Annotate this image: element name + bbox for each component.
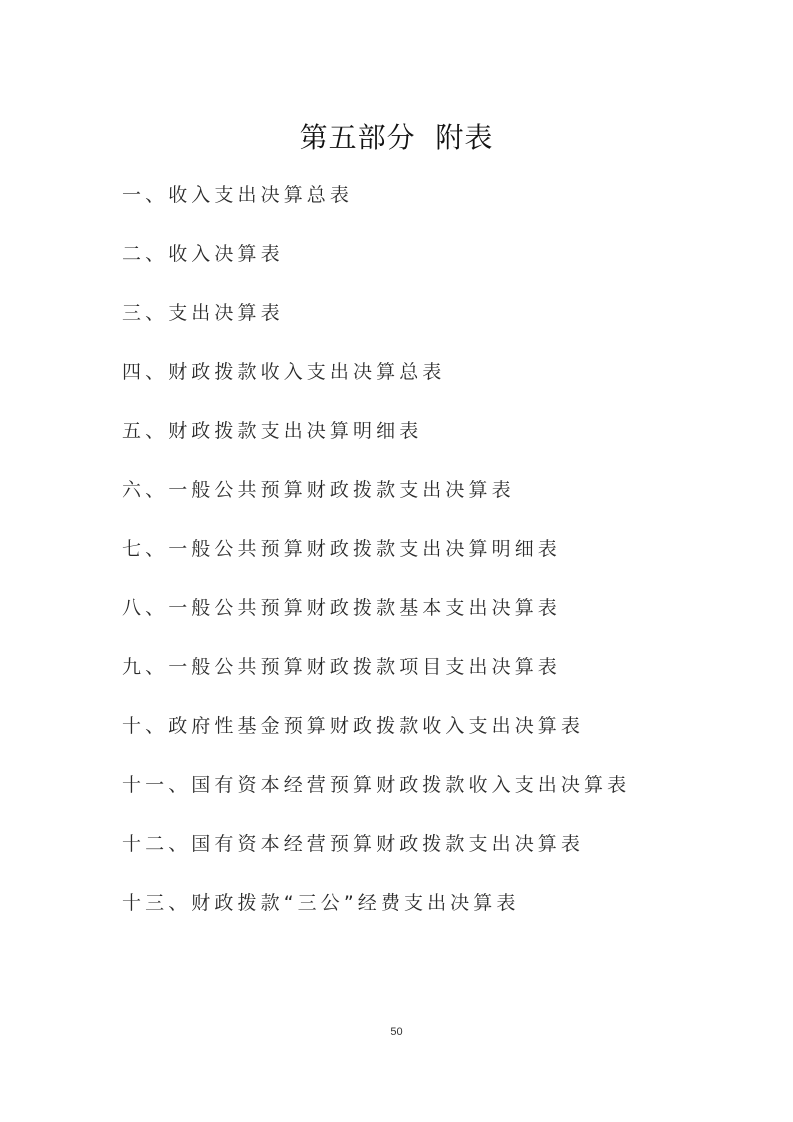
- list-item: 十三、财政拨款“三公”经费支出决算表: [122, 889, 630, 948]
- list-item: 六、一般公共预算财政拨款支出决算表: [122, 476, 630, 535]
- section-title: 第五部分 附表: [0, 118, 793, 158]
- appendix-table-list: 一、收入支出决算总表 二、收入决算表 三、支出决算表 四、财政拨款收入支出决算总…: [122, 181, 630, 948]
- list-item: 三、支出决算表: [122, 299, 630, 358]
- list-item: 九、一般公共预算财政拨款项目支出决算表: [122, 653, 630, 712]
- list-item: 八、一般公共预算财政拨款基本支出决算表: [122, 594, 630, 653]
- document-page: 第五部分 附表 一、收入支出决算总表 二、收入决算表 三、支出决算表 四、财政拨…: [0, 0, 793, 1122]
- page-number: 50: [0, 1026, 793, 1038]
- list-item: 十一、国有资本经营预算财政拨款收入支出决算表: [122, 771, 630, 830]
- list-item: 十、政府性基金预算财政拨款收入支出决算表: [122, 712, 630, 771]
- list-item: 七、一般公共预算财政拨款支出决算明细表: [122, 535, 630, 594]
- list-item: 十二、国有资本经营预算财政拨款支出决算表: [122, 830, 630, 889]
- list-item: 五、财政拨款支出决算明细表: [122, 417, 630, 476]
- list-item: 四、财政拨款收入支出决算总表: [122, 358, 630, 417]
- list-item: 一、收入支出决算总表: [122, 181, 630, 240]
- list-item: 二、收入决算表: [122, 240, 630, 299]
